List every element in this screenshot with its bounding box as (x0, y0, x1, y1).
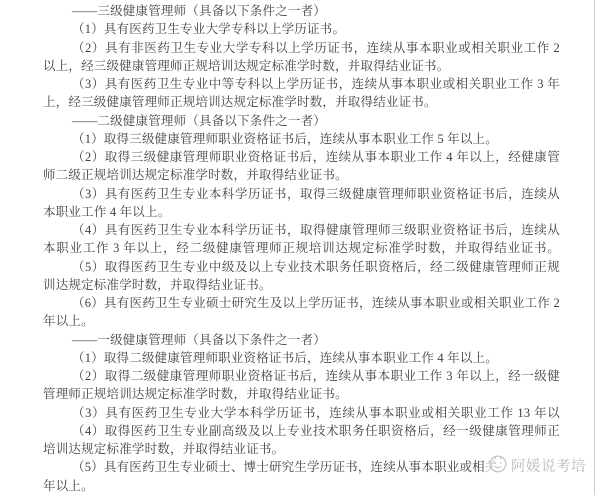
text-line: （3）具有医药卫生专业中等专科以上学历证书，连续从事本职业或相关职业工作 3 年… (43, 75, 560, 93)
text-line: （1）取得二级健康管理师职业资格证书后，连续从事本职业工作 4 年以上。 (43, 349, 560, 367)
text-line: 年以上。 (43, 312, 560, 330)
text-line: 上，经三级健康管理师正规培训达规定标准学时数，并取得结业证书。 (43, 93, 560, 111)
text-line: （1）取得三级健康管理师职业资格证书后，连续从事本职业工作 5 年以上。 (43, 130, 560, 148)
text-line: （4）具有医药卫生专业本科学历证书，取得健康管理师三级职业资格证书后，连续从事 (43, 221, 560, 239)
text-line: （5）具有医药卫生专业硕士、博士研究生学历证书，连续从事本职业或相关 (43, 458, 560, 476)
text-line: （3）具有医药卫生专业本科学历证书，取得三级健康管理师职业资格证书后，连续从事 (43, 185, 560, 203)
text-line: （4）取得医药卫生专业副高级及以上专业技术职务任职资格后，经一级健康管理师正规 (43, 422, 560, 440)
watermark-label: 阿媛说考培 (511, 455, 586, 476)
section-heading-level1: ——一级健康管理师（具备以下条件之一者） (43, 331, 560, 349)
text-line: （2）取得二级健康管理师职业资格证书后，连续从事本职业工作 3 年以上，经一级健… (43, 367, 560, 385)
text-line: 本职业工作 4 年以上。 (43, 203, 560, 221)
text-line: 年以上。 (43, 477, 560, 495)
text-line: （6）具有医药卫生专业硕士研究生及以上学历证书，连续从事本职业或相关职业工作 2 (43, 294, 560, 312)
document-text-block: ——三级健康管理师（具备以下条件之一者） （1）具有医药卫生专业大学专科以上学历… (43, 2, 560, 495)
section-heading-level2: ——二级健康管理师（具备以下条件之一者） (43, 112, 560, 130)
text-line: 管理师正规培训达规定标准学时数，并取得结业证书。 (43, 385, 560, 403)
page-edge-divider (594, 0, 595, 495)
text-line: （3）具有医药卫生专业大学本科学历证书，连续从事本职业或相关职业工作 13 年以… (43, 404, 560, 422)
text-line: （5）取得医药卫生专业中级及以上专业技术职务任职资格后，经二级健康管理师正规培 (43, 258, 560, 276)
text-line: （2）具有非医药卫生专业大学专科以上学历证书，连续从事本职业或相关职业工作 2 … (43, 39, 560, 57)
text-line: 训达规定标准学时数，并取得结业证书。 (43, 276, 560, 294)
watermark: 阿媛说考培 (487, 452, 586, 478)
doodle-face-icon (487, 452, 509, 478)
text-line: 以上，经三级健康管理师正规培训达规定标准学时数，并取得结业证书。 (43, 57, 560, 75)
document-page: ——三级健康管理师（具备以下条件之一者） （1）具有医药卫生专业大学专科以上学历… (0, 0, 600, 495)
text-line: 师二级正规培训达规定标准学时数，并取得结业证书。 (43, 166, 560, 184)
text-line: （1）具有医药卫生专业大学专科以上学历证书。 (43, 20, 560, 38)
text-line: 本职业工作 3 年以上，经二级健康管理师正规培训达规定标准学时数，并取得结业证书… (43, 239, 560, 257)
text-line: （2）取得三级健康管理师职业资格证书后，连续从事本职业工作 4 年以上，经健康管… (43, 148, 560, 166)
text-line: 培训达规定标准学时数，并取得结业证书。 (43, 440, 560, 458)
section-heading-level3: ——三级健康管理师（具备以下条件之一者） (43, 2, 560, 20)
